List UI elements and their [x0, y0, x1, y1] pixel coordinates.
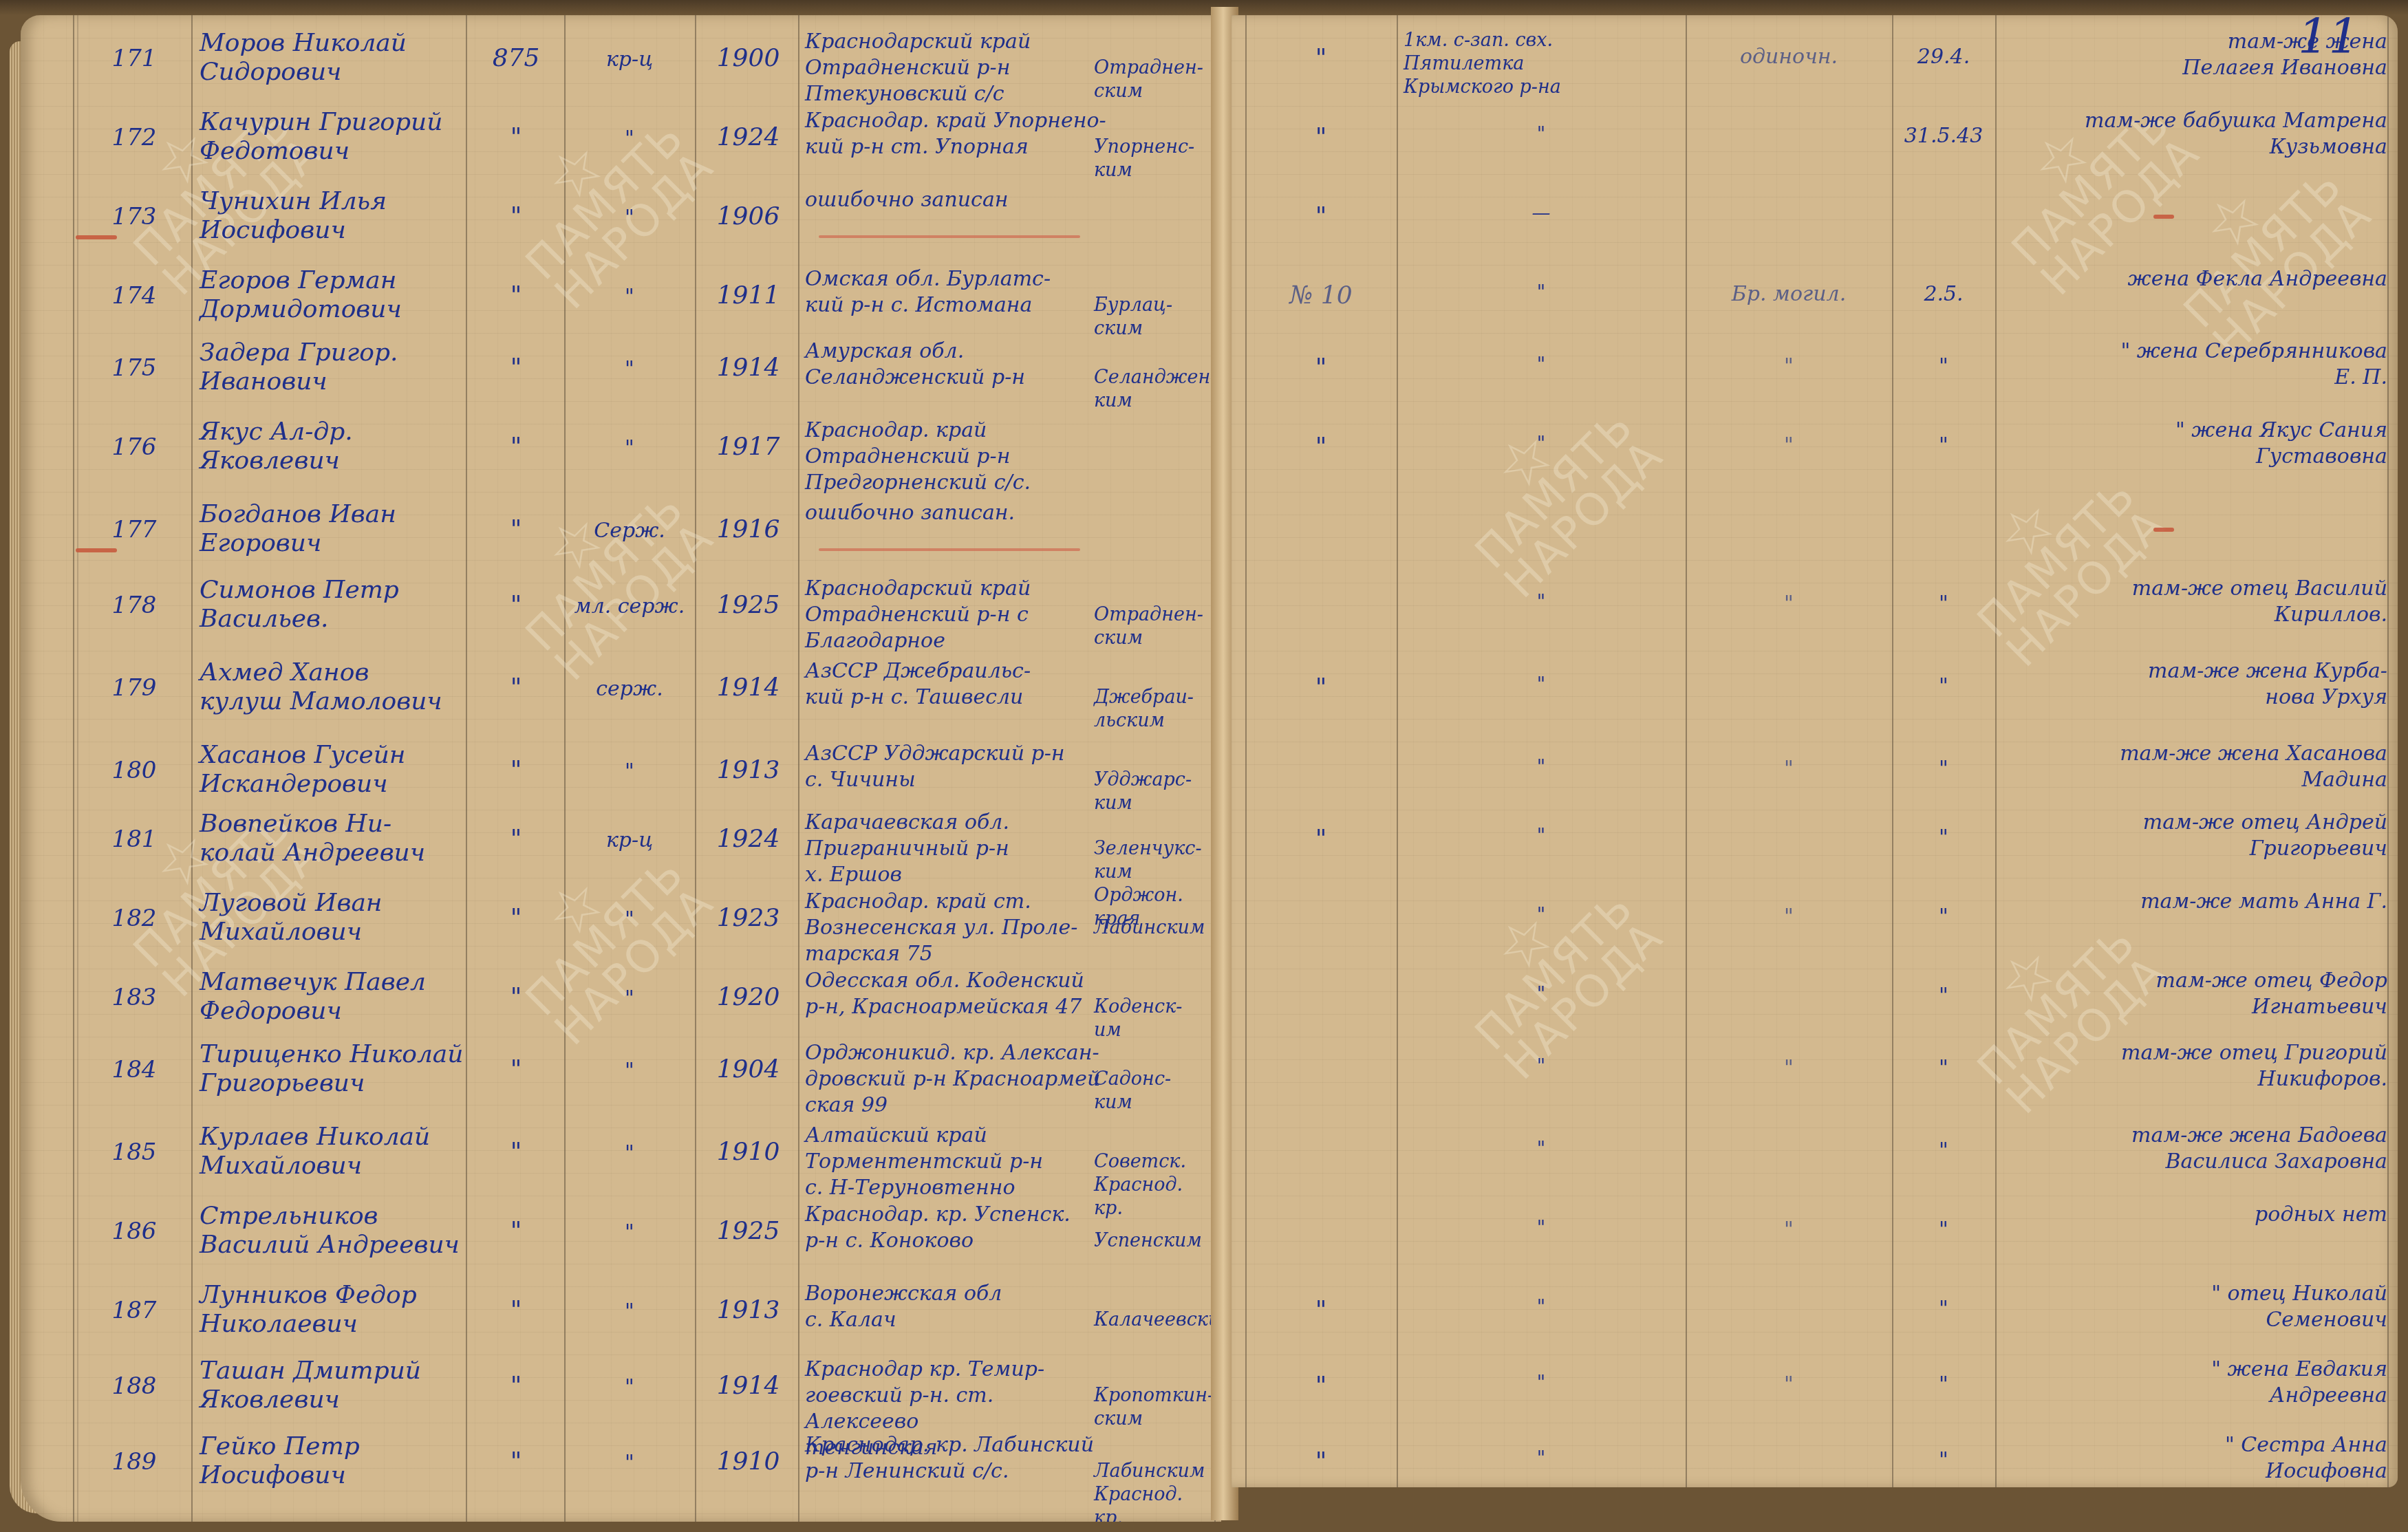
conscription-district: Садонс- ким: [1094, 1068, 1214, 1114]
place-of-death: ": [1404, 123, 1679, 147]
military-rank: ": [568, 284, 691, 310]
record-mark: ": [1252, 44, 1390, 73]
burial-type: Бр. могил.: [1692, 281, 1885, 308]
birth-year: 1925: [702, 591, 795, 620]
burial-type: ": [1692, 1055, 1885, 1081]
soldier-name: Лунников Федор Николаевич: [200, 1281, 468, 1339]
birth-year: 1923: [702, 904, 795, 933]
birth-year: 1910: [702, 1138, 795, 1167]
place-of-death: ": [1404, 1217, 1679, 1240]
unit-number: ": [471, 515, 561, 544]
date-of-death: ": [1895, 1055, 1992, 1081]
next-of-kin: там-же отец Андрей Григорьевич: [2002, 810, 2387, 862]
entry-number: 173: [83, 202, 186, 231]
soldier-name: Гейко Петр Иосифович: [200, 1432, 468, 1490]
unit-number: ": [471, 673, 561, 702]
entry-number: 181: [83, 825, 186, 854]
next-of-kin: там-же мать Анна Г.: [2002, 889, 2387, 915]
conscription-district: Калачеевским: [1094, 1308, 1214, 1332]
watermark: ☆ПАМЯТЬ НАРОДА: [1390, 806, 1721, 1137]
record-mark: ": [1252, 433, 1390, 462]
date-of-death: 31.5.43: [1895, 123, 1992, 149]
next-of-kin: там-же отец Федор Игнатьевич: [2002, 968, 2387, 1020]
entry-number: 180: [83, 756, 186, 785]
home-address: Воронежская обл с. Калач: [805, 1281, 1108, 1333]
record-mark: № 10: [1252, 281, 1390, 310]
soldier-name: Курлаев Николай Михайлович: [200, 1123, 468, 1180]
next-of-kin: там-же отец Василий Кириллов.: [2002, 576, 2387, 628]
military-rank: ": [568, 1141, 691, 1167]
place-of-death: —: [1404, 202, 1679, 226]
date-of-death: ": [1895, 591, 1992, 617]
entry-number: 174: [83, 281, 186, 310]
place-of-death: 1км. с-зап. свх. Пятилетка Крымского р-н…: [1404, 29, 1679, 99]
soldier-name: Богданов Иван Егорович: [200, 500, 468, 558]
place-of-death: ": [1404, 673, 1679, 697]
watermark: ☆ПАМЯТЬ НАРОДА: [440, 36, 771, 367]
military-rank: кр-ц: [568, 47, 691, 73]
column-rule: [1397, 15, 1398, 1487]
soldier-name: Симонов Петр Васильев.: [200, 576, 468, 634]
date-of-death: ": [1895, 825, 1992, 851]
entry-number: 171: [83, 44, 186, 73]
soldier-name: Ахмед Ханов кулуш Мамолович: [200, 658, 468, 716]
home-address: Одесская обл. Коденский р-н, Красноармей…: [805, 968, 1108, 1020]
next-of-kin: там-же жена Хасанова Мадина: [2002, 741, 2387, 793]
place-of-death: ": [1404, 1372, 1679, 1395]
date-of-death: 29.4.: [1895, 44, 1992, 70]
right-page: ☆ПАМЯТЬ НАРОДА ☆ПАМЯТЬ НАРОДА ☆ПАМЯТЬ НА…: [1232, 15, 2398, 1487]
unit-number: ": [471, 202, 561, 231]
unit-number: ": [471, 1447, 561, 1476]
unit-number: 875: [471, 44, 561, 73]
place-of-death: ": [1404, 591, 1679, 614]
birth-year: 1914: [702, 673, 795, 702]
birth-year: 1924: [702, 825, 795, 854]
soldier-name: Луговой Иван Михайлович: [200, 889, 468, 947]
soldier-name: Якус Ал-др. Яковлевич: [200, 418, 468, 475]
soldier-name: Ташан Дмитрий Яковлевич: [200, 1357, 468, 1414]
military-rank: ": [568, 1058, 691, 1084]
place-of-death: ": [1404, 1055, 1679, 1079]
military-rank: ": [568, 986, 691, 1012]
birth-year: 1914: [702, 1372, 795, 1401]
birth-year: 1920: [702, 983, 795, 1012]
date-of-death: ": [1895, 756, 1992, 782]
home-address: ошибочно записан.: [805, 500, 1108, 526]
next-of-kin: " жена Серебрянникова Е. П.: [2002, 338, 2387, 391]
entry-number: 179: [83, 673, 186, 702]
unit-number: ": [471, 1138, 561, 1167]
unit-number: ": [471, 1217, 561, 1246]
conscription-district: Бурлац- ским: [1094, 294, 1214, 341]
record-mark: ": [1252, 123, 1390, 152]
burial-type: ": [1692, 904, 1885, 930]
record-mark: ": [1252, 1372, 1390, 1401]
entry-number: 172: [83, 123, 186, 152]
conscription-district: Отраднен- ским: [1094, 603, 1214, 650]
home-address: Краснодар. кр. Лабинский р-н Ленинский с…: [805, 1432, 1108, 1485]
date-of-death: ": [1895, 904, 1992, 930]
entry-number: 187: [83, 1296, 186, 1325]
entry-number: 176: [83, 433, 186, 462]
conscription-district: Отраднен- ским: [1094, 56, 1214, 103]
conscription-district: Коденск- им: [1094, 995, 1214, 1042]
burial-type: ": [1692, 756, 1885, 782]
place-of-death: ": [1404, 756, 1679, 779]
soldier-name: Чунихин Илья Иосифович: [200, 187, 468, 245]
entry-number: 178: [83, 591, 186, 620]
watermark: ☆ПАМЯТЬ НАРОДА: [440, 772, 771, 1103]
soldier-name: Стрельников Василий Андреевич: [200, 1202, 468, 1260]
soldier-name: Вовпейков Ни- колай Андреевич: [200, 810, 468, 867]
place-of-death: ": [1404, 904, 1679, 927]
birth-year: 1911: [702, 281, 795, 310]
next-of-kin: там-же жена Пелагея Ивановна: [2002, 29, 2387, 81]
next-of-kin: жена Фекла Андреевна: [2002, 266, 2387, 292]
unit-number: ": [471, 756, 561, 785]
military-rank: ": [568, 1450, 691, 1476]
conscription-district: Кропоткин- ским: [1094, 1384, 1214, 1431]
next-of-kin: родных нет: [2002, 1202, 2387, 1228]
birth-year: 1906: [702, 202, 795, 231]
home-address: Краснодар. край ст. Вознесенская ул. Про…: [805, 889, 1108, 967]
entry-number: 185: [83, 1138, 186, 1167]
place-of-death: ": [1404, 354, 1679, 377]
red-underline: [819, 548, 1080, 551]
date-of-death: ": [1895, 1447, 1992, 1474]
date-of-death: ": [1895, 1138, 1992, 1164]
military-rank: ": [568, 1374, 691, 1401]
military-rank: ": [568, 205, 691, 231]
soldier-name: Моров Николай Сидорович: [200, 29, 468, 87]
date-of-death: 2.5.: [1895, 281, 1992, 308]
military-rank: ": [568, 356, 691, 382]
burial-type: ": [1692, 591, 1885, 617]
conscription-district: Селандженс- ким: [1094, 366, 1214, 413]
place-of-death: ": [1404, 1138, 1679, 1161]
unit-number: ": [471, 983, 561, 1012]
birth-year: 1910: [702, 1447, 795, 1476]
burial-type: ": [1692, 433, 1885, 459]
soldier-name: Матвечук Павел Федорович: [200, 968, 468, 1026]
military-rank: ": [568, 907, 691, 933]
unit-number: ": [471, 825, 561, 854]
entry-number: 186: [83, 1217, 186, 1246]
record-mark: ": [1252, 673, 1390, 702]
entry-number: 189: [83, 1447, 186, 1476]
column-rule: [695, 15, 696, 1522]
place-of-death: ": [1404, 825, 1679, 848]
date-of-death: ": [1895, 433, 1992, 459]
home-address: Краснодар. край Упорнено- кий р-н ст. Уп…: [805, 108, 1108, 160]
military-rank: ": [568, 759, 691, 785]
place-of-death: ": [1404, 281, 1679, 305]
burial-type: ": [1692, 1217, 1885, 1243]
unit-number: ": [471, 591, 561, 620]
soldier-name: Качурин Григорий Федотович: [200, 108, 468, 166]
date-of-death: ": [1895, 673, 1992, 700]
home-address: АзССР Джебраильс- кий р-н с. Ташвесли: [805, 658, 1108, 711]
column-rule: [1686, 15, 1687, 1487]
red-check-mark: [2153, 215, 2174, 219]
place-of-death: ": [1404, 1447, 1679, 1471]
record-mark: ": [1252, 354, 1390, 382]
record-mark: ": [1252, 825, 1390, 854]
military-rank: ": [568, 435, 691, 462]
birth-year: 1913: [702, 1296, 795, 1325]
record-mark: ": [1252, 1447, 1390, 1476]
conscription-district: Лабинским: [1094, 916, 1214, 940]
home-address: Орджоникид. кр. Алексан- дровский р-н Кр…: [805, 1040, 1108, 1119]
place-of-death: ": [1404, 983, 1679, 1006]
left-page: ☆ПАМЯТЬ НАРОДА ☆ПАМЯТЬ НАРОДА ☆ПАМЯТЬ НА…: [21, 15, 1221, 1522]
military-rank: серж.: [568, 676, 691, 702]
birth-year: 1900: [702, 44, 795, 73]
column-rule: [798, 15, 799, 1522]
birth-year: 1916: [702, 515, 795, 544]
birth-year: 1925: [702, 1217, 795, 1246]
next-of-kin: " жена Евдакия Андреевна: [2002, 1357, 2387, 1409]
conscription-district: Упорненс- ким: [1094, 136, 1214, 182]
conscription-district: Советск. Краснод. кр.: [1094, 1150, 1214, 1220]
soldier-name: Задера Григор. Иванович: [200, 338, 468, 396]
unit-number: ": [471, 1055, 561, 1084]
entry-number: 175: [83, 354, 186, 382]
red-underline: [819, 235, 1080, 238]
soldier-name: Хасанов Гусейн Искандерович: [200, 741, 468, 799]
home-address: ошибочно записан: [805, 187, 1108, 213]
birth-year: 1924: [702, 123, 795, 152]
next-of-kin: там-же отец Григорий Никифоров.: [2002, 1040, 2387, 1092]
military-rank: мл. серж.: [568, 594, 691, 620]
burial-type: ": [1692, 354, 1885, 380]
military-rank: ": [568, 126, 691, 152]
birth-year: 1904: [702, 1055, 795, 1084]
entry-number: 184: [83, 1055, 186, 1084]
home-address: Алтайский край Торментентский р-н с. Н-Т…: [805, 1123, 1108, 1201]
birth-year: 1917: [702, 433, 795, 462]
record-mark: ": [1252, 202, 1390, 231]
unit-number: ": [471, 354, 561, 382]
home-address: Краснодарский край Отрадненский р-н с Бл…: [805, 576, 1108, 654]
unit-number: ": [471, 123, 561, 152]
military-rank: Серж.: [568, 518, 691, 544]
record-mark: ": [1252, 1296, 1390, 1325]
red-check-mark: [76, 235, 117, 239]
ledger-spread: ☆ПАМЯТЬ НАРОДА ☆ПАМЯТЬ НАРОДА ☆ПАМЯТЬ НА…: [0, 0, 2408, 1532]
next-of-kin: там-же жена Бадоева Василиса Захаровна: [2002, 1123, 2387, 1175]
next-of-kin: " жена Якус Сания Густавовна: [2002, 418, 2387, 470]
next-of-kin: там-же жена Курба- нова Урхуя: [2002, 658, 2387, 711]
unit-number: ": [471, 281, 561, 310]
next-of-kin: там-же бабушка Матрена Кузьмовна: [2002, 108, 2387, 160]
military-rank: ": [568, 1220, 691, 1246]
date-of-death: ": [1895, 1372, 1992, 1398]
unit-number: ": [471, 433, 561, 462]
entry-number: 183: [83, 983, 186, 1012]
entry-number: 182: [83, 904, 186, 933]
entry-number: 188: [83, 1372, 186, 1401]
unit-number: ": [471, 1296, 561, 1325]
column-rule: [1892, 15, 1893, 1487]
date-of-death: ": [1895, 983, 1992, 1009]
home-address: Краснодарский край Отрадненский р-н Птек…: [805, 29, 1108, 107]
date-of-death: ": [1895, 1217, 1992, 1243]
burial-type: ": [1692, 1372, 1885, 1398]
place-of-death: ": [1404, 1296, 1679, 1319]
home-address: Карачаевская обл. Приграничный р-н х. Ер…: [805, 810, 1108, 888]
column-rule: [2387, 15, 2389, 1487]
home-address: Омская обл. Бурлатс- кий р-н с. Истомана: [805, 266, 1108, 319]
date-of-death: ": [1895, 1296, 1992, 1322]
home-address: АзССР Удджарский р-н с. Чичины: [805, 741, 1108, 793]
home-address: Амурская обл. Селандженский р-н: [805, 338, 1108, 391]
birth-year: 1914: [702, 354, 795, 382]
military-rank: ": [568, 1299, 691, 1325]
burial-type: одиночн.: [1692, 44, 1885, 70]
conscription-district: Удджарс- ким: [1094, 768, 1214, 815]
soldier-name: Егоров Герман Дормидотович: [200, 266, 468, 324]
conscription-district: Успенским: [1094, 1229, 1214, 1253]
conscription-district: Лабинским Краснод. кр.: [1094, 1460, 1214, 1522]
unit-number: ": [471, 904, 561, 933]
home-address: Краснодар. край Отрадненский р-н Предгор…: [805, 418, 1108, 496]
entry-number: 177: [83, 515, 186, 544]
place-of-death: ": [1404, 433, 1679, 456]
date-of-death: ": [1895, 354, 1992, 380]
red-check-mark: [2153, 528, 2174, 532]
red-check-mark: [76, 548, 117, 552]
unit-number: ": [471, 1372, 561, 1401]
next-of-kin: " отец Николай Семенович: [2002, 1281, 2387, 1333]
conscription-district: Джебраи- льским: [1094, 686, 1214, 733]
column-rule: [1245, 15, 1247, 1487]
soldier-name: Тириценко Николай Григорьевич: [200, 1040, 468, 1098]
next-of-kin: " Сестра Анна Иосифовна: [2002, 1432, 2387, 1485]
military-rank: кр-ц: [568, 828, 691, 854]
home-address: Краснодар. кр. Успенск. р-н с. Коноково: [805, 1202, 1108, 1254]
birth-year: 1913: [702, 756, 795, 785]
